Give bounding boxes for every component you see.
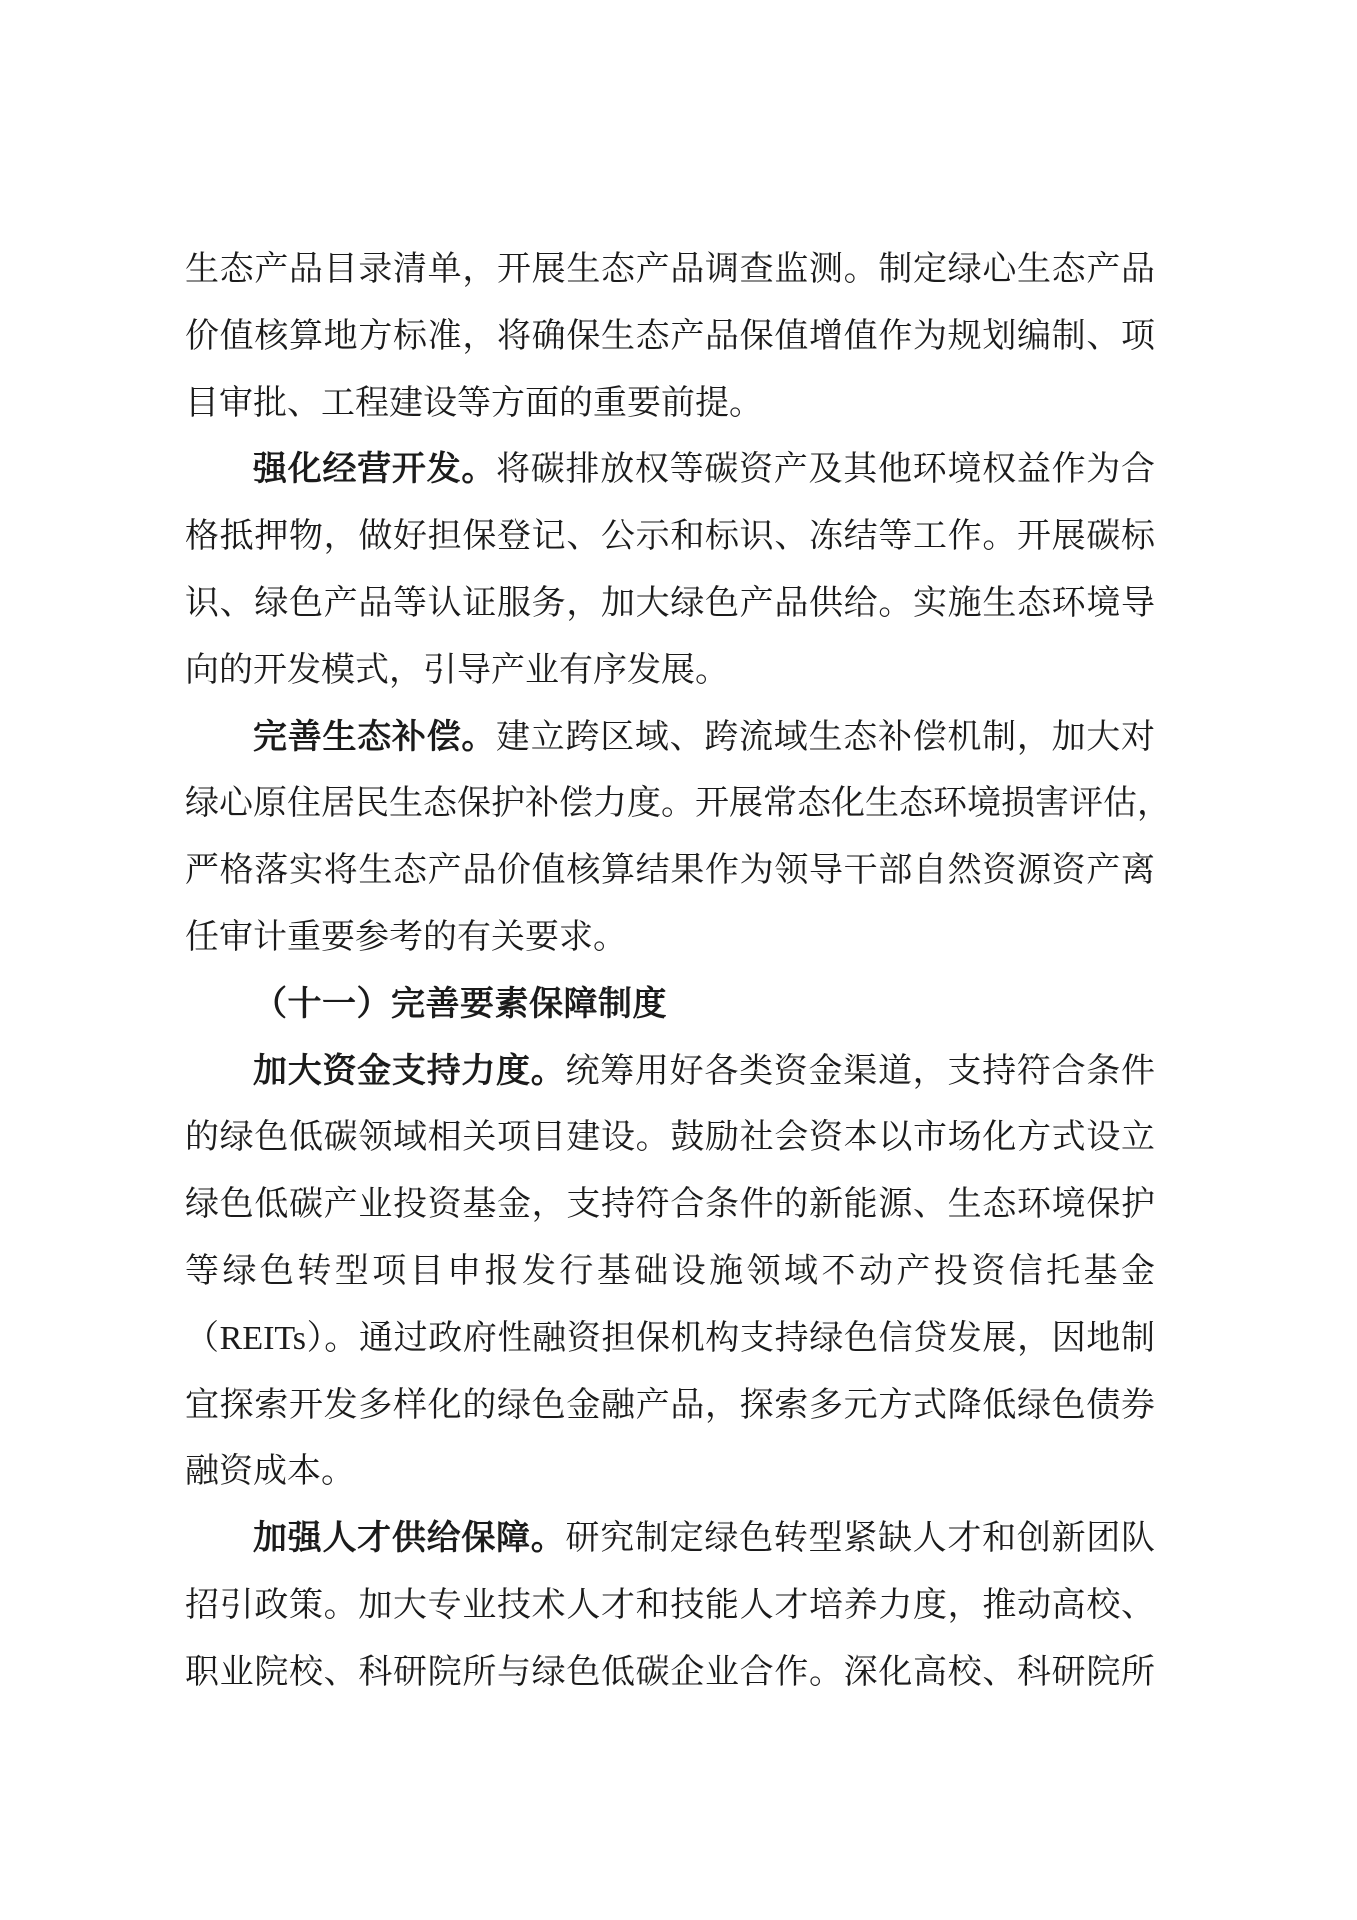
text-line: 绿心原住居民生态保护补偿力度。开展常态化生态环境损害评估， (185, 771, 1155, 838)
body-text: 生态产品目录清单，开展生态产品调查监测。制定绿心生态产品 (185, 251, 1155, 288)
text-line: 加大资金支持力度。统筹用好各类资金渠道，支持符合条件 (185, 1039, 1155, 1106)
body-text: 的绿色低碳领域相关项目建设。鼓励社会资本以市场化方式设立 (185, 1119, 1155, 1156)
text-line: 向的开发模式，引导产业有序发展。 (185, 638, 1155, 705)
text-line: 识、绿色产品等认证服务，加大绿色产品供给。实施生态环境导 (185, 571, 1155, 638)
text-line: 严格落实将生态产品价值核算结果作为领导干部自然资源资产离 (185, 838, 1155, 905)
body-text: 宜探索开发多样化的绿色金融产品，探索多元方式降低绿色债券 (185, 1387, 1155, 1424)
document-page: 生态产品目录清单，开展生态产品调查监测。制定绿心生态产品 价值核算地方标准，将确… (0, 0, 1357, 1920)
body-text: 向的开发模式，引导产业有序发展。 (185, 652, 729, 689)
body-text: 统筹用好各类资金渠道，支持符合条件 (565, 1053, 1155, 1090)
body-text: 职业院校、科研院所与绿色低碳企业合作。深化高校、科研院所 (185, 1654, 1155, 1691)
body-text: 绿色低碳产业投资基金，支持符合条件的新能源、生态环境保护 (185, 1186, 1155, 1223)
text-column: 生态产品目录清单，开展生态产品调查监测。制定绿心生态产品 价值核算地方标准，将确… (185, 237, 1155, 1707)
section-heading-line: （十一）完善要素保障制度 (185, 972, 1155, 1039)
body-text: 识、绿色产品等认证服务，加大绿色产品供给。实施生态环境导 (185, 585, 1155, 622)
text-line: 加强人才供给保障。研究制定绿色转型紧缺人才和创新团队 (185, 1506, 1155, 1573)
text-line: 格抵押物，做好担保登记、公示和标识、冻结等工作。开展碳标 (185, 504, 1155, 571)
text-line: 等绿色转型项目申报发行基础设施领域不动产投资信托基金 (185, 1239, 1155, 1306)
text-line: 招引政策。加大专业技术人才和技能人才培养力度，推动高校、 (185, 1573, 1155, 1640)
body-text: 严格落实将生态产品价值核算结果作为领导干部自然资源资产离 (185, 852, 1155, 889)
body-text: 招引政策。加大专业技术人才和技能人才培养力度，推动高校、 (185, 1587, 1155, 1624)
section-heading-text: （十一）完善要素保障制度 (253, 986, 667, 1023)
body-text: 等绿色转型项目申报发行基础设施领域不动产投资信托基金 (185, 1253, 1155, 1290)
lead-text: 强化经营开发。 (253, 451, 496, 488)
text-line: 任审计重要参考的有关要求。 (185, 905, 1155, 972)
body-text: 建立跨区域、跨流域生态补偿机制，加大对 (496, 719, 1155, 756)
body-text: （REITs）。通过政府性融资担保机构支持绿色信贷发展，因地制 (185, 1320, 1155, 1357)
body-text: 绿心原住居民生态保护补偿力度。开展常态化生态环境损害评估， (185, 785, 1171, 822)
text-line: 融资成本。 (185, 1439, 1155, 1506)
text-line: 绿色低碳产业投资基金，支持符合条件的新能源、生态环境保护 (185, 1172, 1155, 1239)
text-line: （REITs）。通过政府性融资担保机构支持绿色信贷发展，因地制 (185, 1306, 1155, 1373)
text-line: 价值核算地方标准，将确保生态产品保值增值作为规划编制、项 (185, 304, 1155, 371)
lead-text: 加大资金支持力度。 (253, 1053, 565, 1090)
body-text: 将碳排放权等碳资产及其他环境权益作为合 (496, 451, 1155, 488)
text-line: 的绿色低碳领域相关项目建设。鼓励社会资本以市场化方式设立 (185, 1105, 1155, 1172)
lead-text: 加强人才供给保障。 (253, 1520, 565, 1557)
text-line: 宜探索开发多样化的绿色金融产品，探索多元方式降低绿色债券 (185, 1373, 1155, 1440)
body-text: 价值核算地方标准，将确保生态产品保值增值作为规划编制、项 (185, 318, 1155, 355)
body-text: 目审批、工程建设等方面的重要前提。 (185, 385, 763, 422)
text-line: 强化经营开发。将碳排放权等碳资产及其他环境权益作为合 (185, 437, 1155, 504)
text-line: 目审批、工程建设等方面的重要前提。 (185, 371, 1155, 438)
body-text: 融资成本。 (185, 1453, 355, 1490)
body-text: 任审计重要参考的有关要求。 (185, 919, 627, 956)
text-line: 职业院校、科研院所与绿色低碳企业合作。深化高校、科研院所 (185, 1640, 1155, 1707)
text-line: 生态产品目录清单，开展生态产品调查监测。制定绿心生态产品 (185, 237, 1155, 304)
text-line: 完善生态补偿。建立跨区域、跨流域生态补偿机制，加大对 (185, 705, 1155, 772)
body-text: 研究制定绿色转型紧缺人才和创新团队 (565, 1520, 1155, 1557)
body-text: 格抵押物，做好担保登记、公示和标识、冻结等工作。开展碳标 (185, 518, 1155, 555)
lead-text: 完善生态补偿。 (253, 719, 496, 756)
